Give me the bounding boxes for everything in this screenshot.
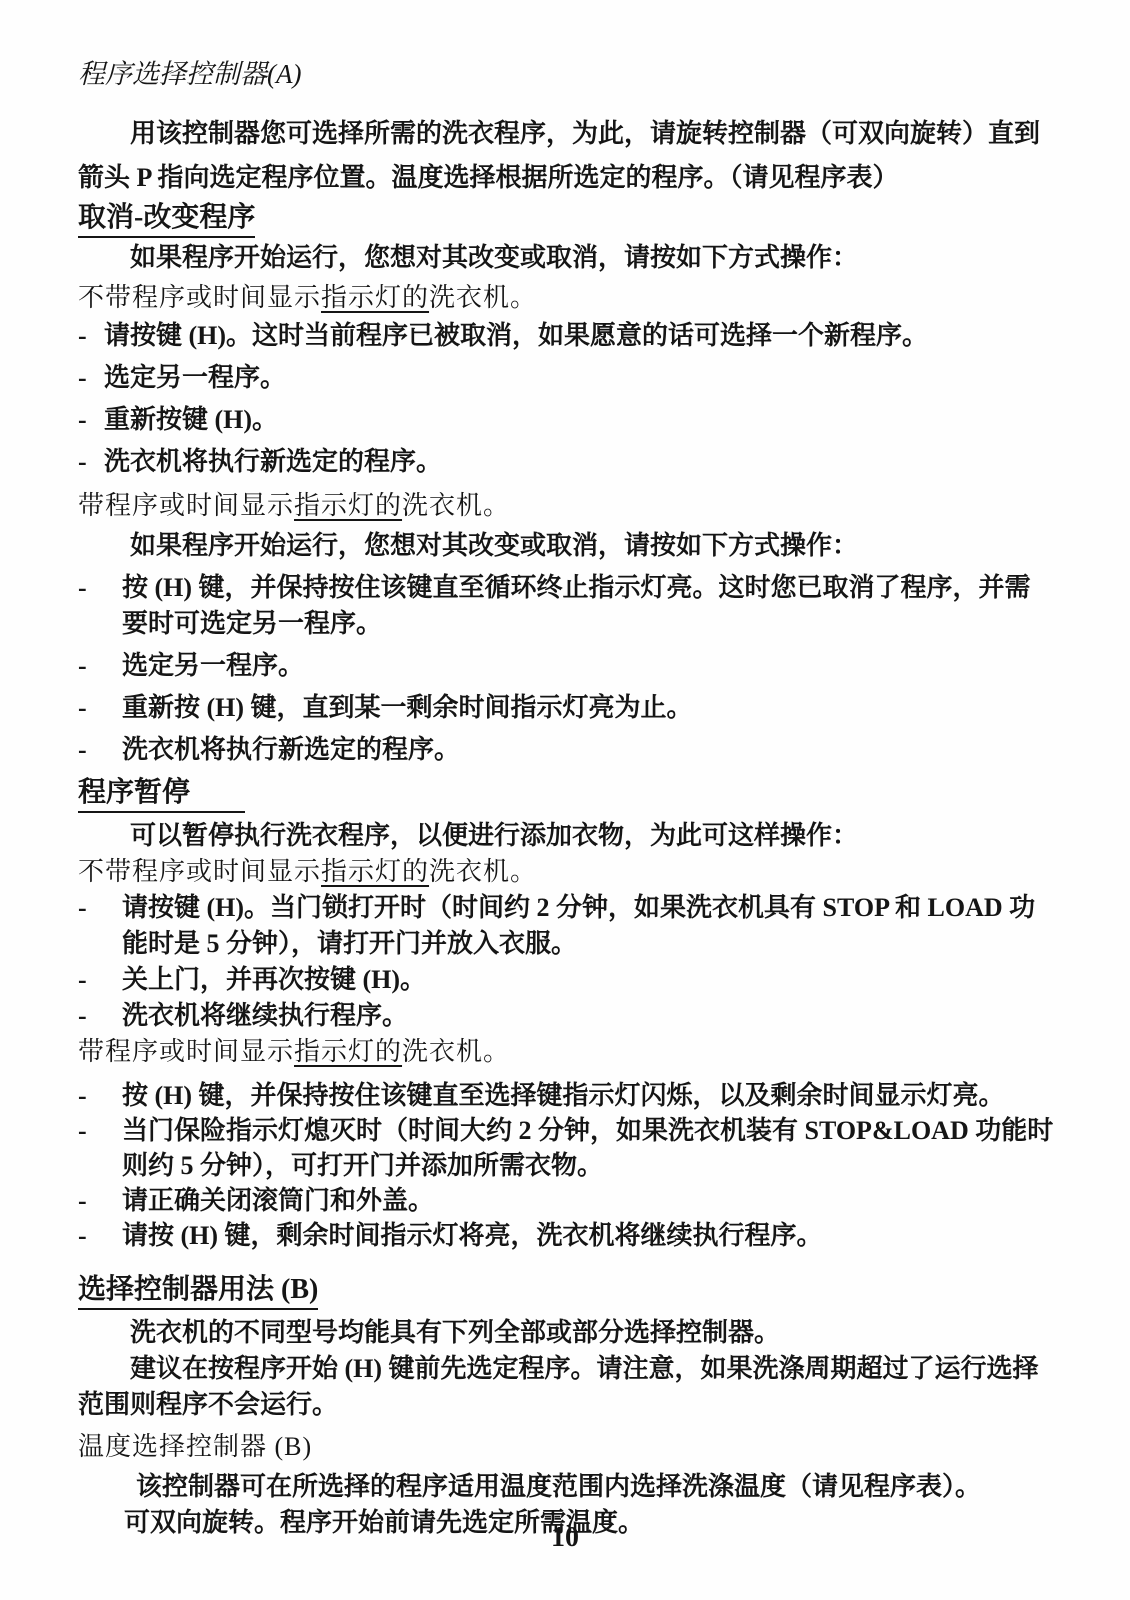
- document-page: 程序选择控制器(A) 用该控制器您可选择所需的洗衣程序，为此，请旋转控制器（可双…: [0, 0, 1130, 1600]
- intro-paragraph: 用该控制器您可选择所需的洗衣程序，为此，请旋转控制器（可双向旋转）直到箭头 P …: [78, 112, 1056, 200]
- pause-intro-paragraph: 可以暂停执行洗衣程序，以便进行添加衣物，为此可这样操作：: [78, 818, 1056, 854]
- dash-marker: -: [78, 1113, 122, 1183]
- dash-marker: -: [78, 648, 122, 684]
- dash-marker: -: [78, 402, 104, 438]
- list-item: -按 (H) 键，并保持按住该键直至选择键指示灯闪烁，以及剩余时间显示灯亮。: [78, 1078, 1056, 1113]
- dash-marker: -: [78, 1078, 122, 1113]
- underlined-phrase: 指示灯的: [321, 283, 429, 312]
- dash-marker: -: [78, 890, 122, 962]
- no-display-label: 不带程序或时间显示指示灯的洗衣机。: [78, 854, 1056, 890]
- cancel-with-display-list: -按 (H) 键，并保持按住该键直至循环终止指示灯亮。这时您已取消了程序，并需要…: [78, 570, 1056, 768]
- underlined-phrase: 指示灯的: [294, 491, 402, 520]
- cancel-intro-paragraph: 如果程序开始运行，您想对其改变或取消，请按如下方式操作：: [78, 238, 1056, 278]
- no-display-label: 不带程序或时间显示指示灯的洗衣机。: [78, 278, 1056, 318]
- dash-marker: -: [78, 690, 122, 726]
- page-number: 10: [0, 1522, 1130, 1554]
- doc-title: 程序选择控制器(A): [78, 56, 1056, 92]
- selector-paragraph-1: 洗衣机的不同型号均能具有下列全部或部分选择控制器。: [78, 1315, 1056, 1351]
- dash-marker: -: [78, 1218, 122, 1253]
- with-display-label: 带程序或时间显示指示灯的洗衣机。: [78, 486, 1056, 526]
- pause-with-display-list: -按 (H) 键，并保持按住该键直至选择键指示灯闪烁，以及剩余时间显示灯亮。 -…: [78, 1078, 1056, 1253]
- list-item: -选定另一程序。: [78, 648, 1056, 684]
- section-heading-selector: 选择控制器用法 (B): [78, 1271, 1056, 1309]
- list-item: -当门保险指示灯熄灭时（时间大约 2 分钟，如果洗衣机装有 STOP&LOAD …: [78, 1113, 1056, 1183]
- list-item: -洗衣机将继续执行程序。: [78, 998, 1056, 1034]
- list-item: -洗衣机将执行新选定的程序。: [78, 444, 1056, 480]
- list-item: -请按键 (H)。这时当前程序已被取消，如果愿意的话可选择一个新程序。: [78, 318, 1056, 354]
- list-item: -重新按键 (H)。: [78, 402, 1056, 438]
- dash-marker: -: [78, 570, 122, 642]
- selector-paragraph-2: 建议在按程序开始 (H) 键前先选定程序。请注意，如果洗涤周期超过了运行选择范围…: [78, 1351, 1056, 1423]
- temp-selector-label: 温度选择控制器 (B): [78, 1429, 1056, 1465]
- dash-marker: -: [78, 962, 122, 998]
- cancel-no-display-list: -请按键 (H)。这时当前程序已被取消，如果愿意的话可选择一个新程序。 -选定另…: [78, 318, 1056, 480]
- list-item: -选定另一程序。: [78, 360, 1056, 396]
- list-item: -重新按 (H) 键，直到某一剩余时间指示灯亮为止。: [78, 690, 1056, 726]
- dash-marker: -: [78, 1183, 122, 1218]
- list-item: -请按 (H) 键，剩余时间指示灯将亮，洗衣机将继续执行程序。: [78, 1218, 1056, 1253]
- pause-no-display-list: -请按键 (H)。当门锁打开时（时间约 2 分钟，如果洗衣机具有 STOP 和 …: [78, 890, 1056, 1034]
- dash-marker: -: [78, 360, 104, 396]
- list-item: -洗衣机将执行新选定的程序。: [78, 732, 1056, 768]
- dash-marker: -: [78, 318, 104, 354]
- dash-marker: -: [78, 998, 122, 1034]
- list-item: -按 (H) 键，并保持按住该键直至循环终止指示灯亮。这时您已取消了程序，并需要…: [78, 570, 1056, 642]
- cancel-with-display-intro: 如果程序开始运行，您想对其改变或取消，请按如下方式操作：: [78, 526, 1056, 566]
- list-item: -关上门，并再次按键 (H)。: [78, 962, 1056, 998]
- list-item: -请按键 (H)。当门锁打开时（时间约 2 分钟，如果洗衣机具有 STOP 和 …: [78, 890, 1056, 962]
- temp-paragraph-line1: 该控制器可在所选择的程序适用温度范围内选择洗涤温度（请见程序表）。: [124, 1469, 1056, 1505]
- underlined-phrase: 指示灯的: [321, 857, 429, 886]
- list-item: -请正确关闭滚筒门和外盖。: [78, 1183, 1056, 1218]
- underlined-phrase: 指示灯的: [294, 1037, 402, 1066]
- dash-marker: -: [78, 732, 122, 768]
- dash-marker: -: [78, 444, 104, 480]
- section-heading-pause: 程序暂停: [78, 774, 1056, 812]
- with-display-label: 带程序或时间显示指示灯的洗衣机。: [78, 1034, 1056, 1070]
- section-heading-cancel: 取消-改变程序: [78, 200, 1056, 236]
